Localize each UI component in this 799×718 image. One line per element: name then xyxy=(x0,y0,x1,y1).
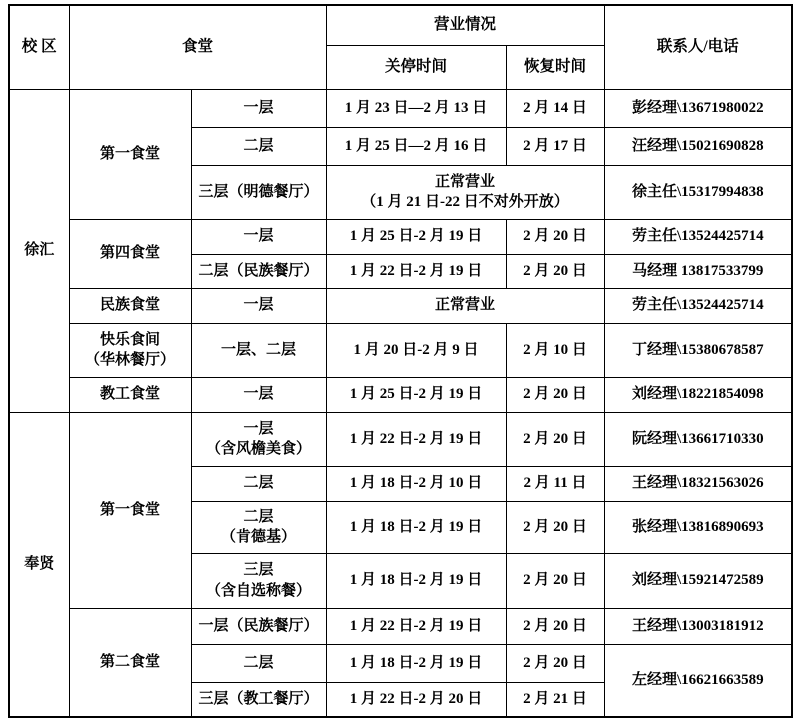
contact-cell: 劳主任\13524425714 xyxy=(604,288,792,323)
floor-line-2: （含风檐美食） xyxy=(194,439,324,459)
canteen-cell: 第四食堂 xyxy=(69,219,191,288)
floor-cell: 一层 xyxy=(191,89,326,127)
close-time-cell: 1 月 18 日-2 月 19 日 xyxy=(326,644,506,682)
close-time-cell: 1 月 25 日—2 月 16 日 xyxy=(326,127,506,165)
contact-cell: 王经理\18321563026 xyxy=(604,466,792,501)
contact-cell: 刘经理\18221854098 xyxy=(604,377,792,412)
contact-header-cell: 联系人/电话 xyxy=(604,5,792,89)
floor-cell: 二层 xyxy=(191,127,326,165)
floor-cell: 二层 xyxy=(191,466,326,501)
close-time-cell: 1 月 18 日-2 月 10 日 xyxy=(326,466,506,501)
campus-cell-fengxian: 奉贤 xyxy=(9,412,69,717)
resume-time-cell: 2 月 11 日 xyxy=(506,466,604,501)
business-status-header-cell: 营业情况 xyxy=(326,5,604,45)
floor-line-1: 三层 xyxy=(194,560,324,580)
table-row: 快乐食间 （华林餐厅） 一层、二层 1 月 20 日-2 月 9 日 2 月 1… xyxy=(9,323,792,377)
resume-time-cell: 2 月 20 日 xyxy=(506,644,604,682)
resume-time-cell: 2 月 14 日 xyxy=(506,89,604,127)
close-time-cell: 1 月 22 日-2 月 20 日 xyxy=(326,682,506,717)
close-time-cell: 1 月 23 日—2 月 13 日 xyxy=(326,89,506,127)
table-row: 徐汇 第一食堂 一层 1 月 23 日—2 月 13 日 2 月 14 日 彭经… xyxy=(9,89,792,127)
resume-time-cell: 2 月 20 日 xyxy=(506,412,604,466)
floor-cell: 一层（民族餐厅） xyxy=(191,608,326,644)
floor-cell: 一层 （含风檐美食） xyxy=(191,412,326,466)
resume-time-cell: 2 月 20 日 xyxy=(506,501,604,553)
contact-cell: 王经理\13003181912 xyxy=(604,608,792,644)
header-row-1: 校 区 食堂 营业情况 联系人/电话 xyxy=(9,5,792,45)
close-time-cell: 1 月 18 日-2 月 19 日 xyxy=(326,501,506,553)
document-page: 校 区 食堂 营业情况 联系人/电话 关停时间 恢复时间 徐汇 第一食堂 一层 … xyxy=(0,0,799,718)
contact-cell: 徐主任\15317994838 xyxy=(604,165,792,219)
resume-time-cell: 2 月 20 日 xyxy=(506,553,604,608)
floor-cell: 一层 xyxy=(191,377,326,412)
canteen-cell: 快乐食间 （华林餐厅） xyxy=(69,323,191,377)
status-line-2: （1 月 21 日-22 日不对外开放） xyxy=(329,192,602,212)
close-time-cell: 1 月 18 日-2 月 19 日 xyxy=(326,553,506,608)
campus-cell-xuhui: 徐汇 xyxy=(9,89,69,412)
floor-line-2: （肯德基） xyxy=(194,527,324,547)
floor-cell: 一层、二层 xyxy=(191,323,326,377)
close-time-cell: 1 月 25 日-2 月 19 日 xyxy=(326,219,506,254)
resume-time-cell: 2 月 20 日 xyxy=(506,254,604,288)
floor-cell: 一层 xyxy=(191,288,326,323)
campus-header-cell: 校 区 xyxy=(9,5,69,89)
canteen-header-cell: 食堂 xyxy=(69,5,326,89)
close-time-header-cell: 关停时间 xyxy=(326,45,506,89)
canteen-cell: 第二食堂 xyxy=(69,608,191,717)
canteen-name-line-1: 快乐食间 xyxy=(72,330,189,350)
resume-time-cell: 2 月 10 日 xyxy=(506,323,604,377)
floor-line-2: （含自选称餐） xyxy=(194,581,324,601)
floor-cell: 一层 xyxy=(191,219,326,254)
canteen-cell: 第一食堂 xyxy=(69,89,191,219)
close-time-cell: 1 月 25 日-2 月 19 日 xyxy=(326,377,506,412)
canteen-name-line-2: （华林餐厅） xyxy=(72,350,189,370)
floor-cell: 二层（民族餐厅） xyxy=(191,254,326,288)
floor-line-1: 二层 xyxy=(194,507,324,527)
canteen-schedule-table: 校 区 食堂 营业情况 联系人/电话 关停时间 恢复时间 徐汇 第一食堂 一层 … xyxy=(8,4,793,718)
canteen-cell: 第一食堂 xyxy=(69,412,191,608)
table-row: 第四食堂 一层 1 月 25 日-2 月 19 日 2 月 20 日 劳主任\1… xyxy=(9,219,792,254)
floor-line-1: 一层 xyxy=(194,419,324,439)
status-line-1: 正常营业 xyxy=(329,172,602,192)
resume-time-cell: 2 月 20 日 xyxy=(506,219,604,254)
close-time-cell: 1 月 22 日-2 月 19 日 xyxy=(326,608,506,644)
contact-cell: 丁经理\15380678587 xyxy=(604,323,792,377)
resume-time-cell: 2 月 21 日 xyxy=(506,682,604,717)
table-row: 第二食堂 一层（民族餐厅） 1 月 22 日-2 月 19 日 2 月 20 日… xyxy=(9,608,792,644)
contact-cell: 马经理 13817533799 xyxy=(604,254,792,288)
contact-cell: 刘经理\15921472589 xyxy=(604,553,792,608)
contact-cell: 彭经理\13671980022 xyxy=(604,89,792,127)
table-row: 奉贤 第一食堂 一层 （含风檐美食） 1 月 22 日-2 月 19 日 2 月… xyxy=(9,412,792,466)
canteen-cell: 民族食堂 xyxy=(69,288,191,323)
close-time-cell: 1 月 22 日-2 月 19 日 xyxy=(326,412,506,466)
contact-cell: 劳主任\13524425714 xyxy=(604,219,792,254)
resume-time-cell: 2 月 20 日 xyxy=(506,377,604,412)
status-cell: 正常营业 xyxy=(326,288,604,323)
table-row: 教工食堂 一层 1 月 25 日-2 月 19 日 2 月 20 日 刘经理\1… xyxy=(9,377,792,412)
resume-time-cell: 2 月 17 日 xyxy=(506,127,604,165)
canteen-cell: 教工食堂 xyxy=(69,377,191,412)
floor-cell: 三层（明德餐厅） xyxy=(191,165,326,219)
contact-cell: 张经理\13816890693 xyxy=(604,501,792,553)
contact-cell: 左经理\16621663589 xyxy=(604,644,792,717)
close-time-cell: 1 月 20 日-2 月 9 日 xyxy=(326,323,506,377)
contact-cell: 阮经理\13661710330 xyxy=(604,412,792,466)
floor-cell: 三层 （含自选称餐） xyxy=(191,553,326,608)
resume-time-header-cell: 恢复时间 xyxy=(506,45,604,89)
resume-time-cell: 2 月 20 日 xyxy=(506,608,604,644)
floor-cell: 二层 （肯德基） xyxy=(191,501,326,553)
close-time-cell: 1 月 22 日-2 月 19 日 xyxy=(326,254,506,288)
floor-cell: 三层（教工餐厅） xyxy=(191,682,326,717)
status-cell: 正常营业 （1 月 21 日-22 日不对外开放） xyxy=(326,165,604,219)
table-row: 民族食堂 一层 正常营业 劳主任\13524425714 xyxy=(9,288,792,323)
floor-cell: 二层 xyxy=(191,644,326,682)
contact-cell: 汪经理\15021690828 xyxy=(604,127,792,165)
